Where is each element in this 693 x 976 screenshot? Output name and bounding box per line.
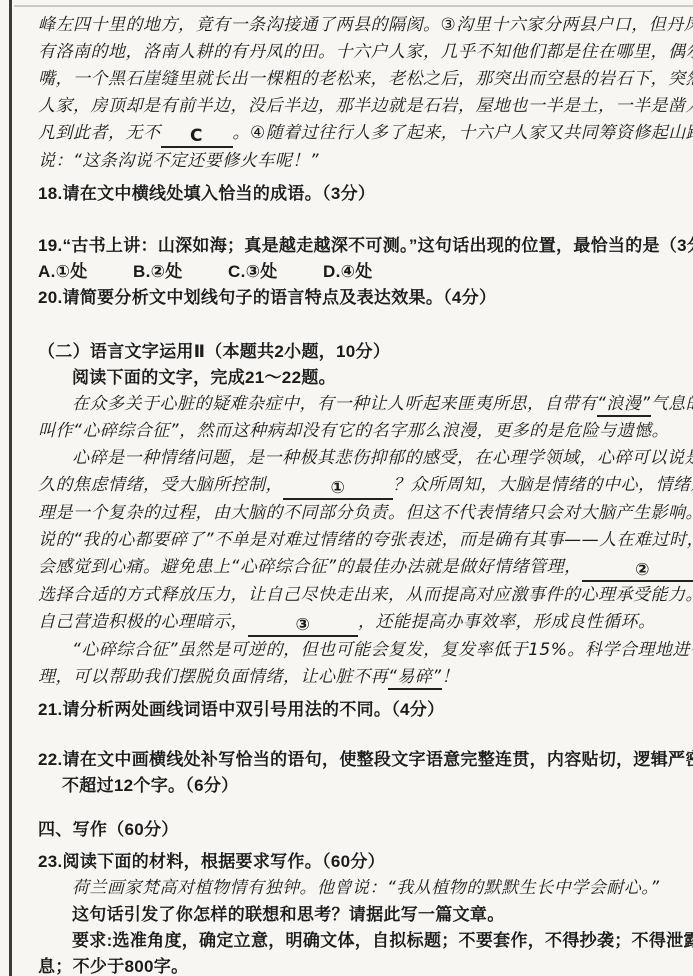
passage2-line: 说的“我的心都要碎了”不单是对难过情绪的夸张表述，而是确有其事——人在难过时，确… — [38, 527, 693, 554]
question-19: 19.“古书上讲：山深如海；真是越走越深不可测。”这句话出现的位置，最恰当的是（… — [38, 233, 693, 259]
passage2-line: 心碎是一种情绪问题，是一种极其悲伤抑郁的感受，在心理学领域，心碎可以说是一种持 — [38, 445, 693, 472]
fill-blank-c: C — [161, 128, 233, 148]
question-21: 21.请分析两处画线词语中双引号用法的不同。（4分） — [38, 697, 693, 723]
passage2a-line1-pre: 在众多关于心脏的疑难杂症中，有一种让人听起来匪夷所思，自带有 — [72, 394, 597, 414]
passage2-line-with-blank: 会感觉到心痛。避免患上“心碎综合征”的最佳办法就是做好情绪管理，②，可以 — [38, 554, 693, 582]
question-23-requirements-line1: 要求:选准角度，确定立意，明确文体，自拟标题；不要套作，不得抄袭；不得泄露个人信 — [38, 928, 693, 954]
passage2-line: “心碎综合征”虽然是可逆的，但也可能会复发，复发率低于15%。科学合理地进行情绪… — [38, 637, 693, 664]
passage1-line5-pre: 凡到此者，无不 — [38, 123, 161, 143]
passage2-line: 叫作“心碎综合征”，然而这种病却没有它的名字那么浪漫，更多的是危险与遗憾。 — [38, 418, 693, 445]
option-c: C.③处 — [228, 259, 323, 285]
option-d: D.④处 — [323, 259, 418, 285]
question-23-material-quote: 荷兰画家梵高对植物情有独钟。他曾说：“我从植物的默默生长中学会耐心。” — [38, 875, 693, 902]
passage2-line-with-underline: 理，可以帮助我们摆脱负面情绪，让心脏不再“易碎”！ — [38, 664, 693, 691]
scan-top-edge — [14, 5, 693, 7]
passage1-line: 说：“这条沟说不定还要修火车呢！” — [38, 148, 693, 175]
question-22-line1: 22.请在文中画横线处补写恰当的语句，使整段文字语意完整连贯，内容贴切，逻辑严密… — [38, 747, 693, 773]
exam-page: 峰左四十里的地方，竟有一条沟接通了两县的隔阂。③沟里十六家分两县户口，但丹凤人住… — [38, 12, 693, 976]
passage1-line-with-blank: 凡到此者，无不C。④随着过往行人多了起来，十六户人家又共同筹资修起山路，他们 — [38, 120, 693, 148]
passage2b-line7-pre: 自己营造积极的心理暗示， — [38, 612, 248, 632]
question-22-line2: 不超过12个字。（6分） — [38, 773, 693, 799]
passage2c-line2-post: ！ — [442, 667, 460, 687]
option-b: B.②处 — [133, 259, 228, 285]
passage2a-line1-post: 气息的疾病 — [651, 394, 693, 414]
passage2-line: 选择合适的方式释放压力，让自己尽快走出来，从而提高对应激事件的心理承受能力。经常… — [38, 582, 693, 609]
section4-header: 四、写作（60分） — [38, 817, 693, 843]
passage2b-line2-pre: 久的焦虑情绪，受大脑所控制， — [38, 475, 283, 495]
question-23-prompt: 这句话引发了你怎样的联想和思考？请据此写一篇文章。 — [38, 902, 693, 928]
fill-blank-circled-1: ① — [283, 480, 393, 500]
passage2-line-with-blank: 久的焦虑情绪，受大脑所控制，①？众所周知，大脑是情绪的中心，情绪产生和处 — [38, 472, 693, 500]
question-19-options: A.①处B.②处C.③处D.④处 — [38, 259, 693, 285]
passage1-line: 人家，房顶却是有前半边，没后半边，那半边就是石岩，屋地也一半是土，一半是凿入的石… — [38, 93, 693, 120]
passage2b-line5-pre: 会感觉到心痛。避免患上“心碎综合征”的最佳办法就是做好情绪管理， — [38, 557, 582, 577]
question-23: 23.阅读下面的材料，根据要求写作。（60分） — [38, 849, 693, 875]
passage1-line: 峰左四十里的地方，竟有一条沟接通了两县的隔阂。③沟里十六家分两县户口，但丹凤人住… — [38, 12, 693, 39]
scan-left-border — [9, 0, 12, 976]
passage1-line: 嘴，一个黑石崖缝里就长出一棵粗的老松来，老松之后，那突出而空悬的岩石下，突然就有… — [38, 66, 693, 93]
fill-blank-circled-2: ② — [582, 562, 693, 582]
section2-intro: 阅读下面的文字，完成21～22题。 — [38, 365, 693, 391]
underlined-word-yisui: “易碎” — [388, 667, 442, 690]
passage2b-line7-post: ，还能提高办事效率，形成良性循环。 — [358, 612, 656, 632]
passage2c-line2-pre: 理，可以帮助我们摆脱负面情绪，让心脏不再 — [38, 667, 388, 687]
question-23-requirements-line2: 息；不少于800字。 — [38, 954, 693, 976]
passage2-line-with-blank: 自己营造积极的心理暗示，③，还能提高办事效率，形成良性循环。 — [38, 609, 693, 637]
section2-header: （二）语言文字运用Ⅱ（本题共2小题，10分） — [38, 339, 693, 365]
question-18: 18.请在文中横线处填入恰当的成语。（3分） — [38, 181, 693, 207]
fill-blank-circled-3: ③ — [248, 617, 358, 637]
passage2b-line2-post: ？众所周知，大脑是情绪的中心，情绪产生和处 — [393, 475, 693, 495]
passage2-line-with-underline: 在众多关于心脏的疑难杂症中，有一种让人听起来匪夷所思，自带有“浪漫”气息的疾病 — [38, 391, 693, 418]
question-20: 20.请简要分析文中划线句子的语言特点及表达效果。（4分） — [38, 285, 693, 311]
option-a: A.①处 — [38, 259, 133, 285]
passage1-line: 有洛南的地，洛南人耕的有丹凤的田。十六户人家，几乎不知他们都是住在哪里，偶尔转过… — [38, 39, 693, 66]
passage1-line5-post: 。④随着过往行人多了起来，十六户人家又共同筹资修起山路，他们 — [233, 123, 693, 143]
underlined-word-langman: “浪漫” — [597, 394, 651, 417]
passage2-line: 理是一个复杂的过程，由大脑的不同部分负责。但这不代表情绪只会对大脑产生影响。我们… — [38, 500, 693, 527]
